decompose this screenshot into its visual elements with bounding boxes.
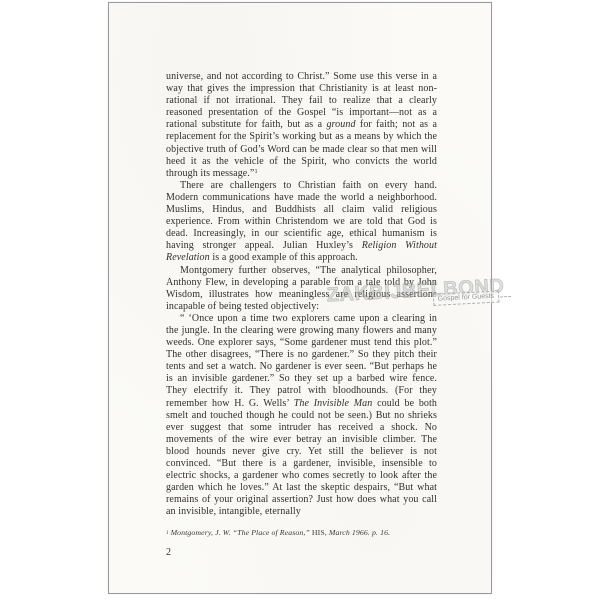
paragraph: universe, and not according to Christ.” … xyxy=(166,71,437,180)
page-number: 2 xyxy=(166,547,437,559)
paragraph: There are challengers to Christian faith… xyxy=(166,180,437,265)
paragraph: “ ‘Once upon a time two explorers came u… xyxy=(166,313,437,519)
book-page: universe, and not according to Christ.” … xyxy=(108,2,492,594)
text-block: universe, and not according to Christ.” … xyxy=(166,71,437,560)
watermark-dash xyxy=(500,296,511,298)
footnote: 1 Montgomery, J. W. “The Place of Reason… xyxy=(166,528,437,538)
paragraph: Montgomery further observes, “The analyt… xyxy=(166,265,437,313)
watermark-small-text: Gospel for Guests xyxy=(432,291,499,306)
scan-background: universe, and not according to Christ.” … xyxy=(0,0,600,600)
